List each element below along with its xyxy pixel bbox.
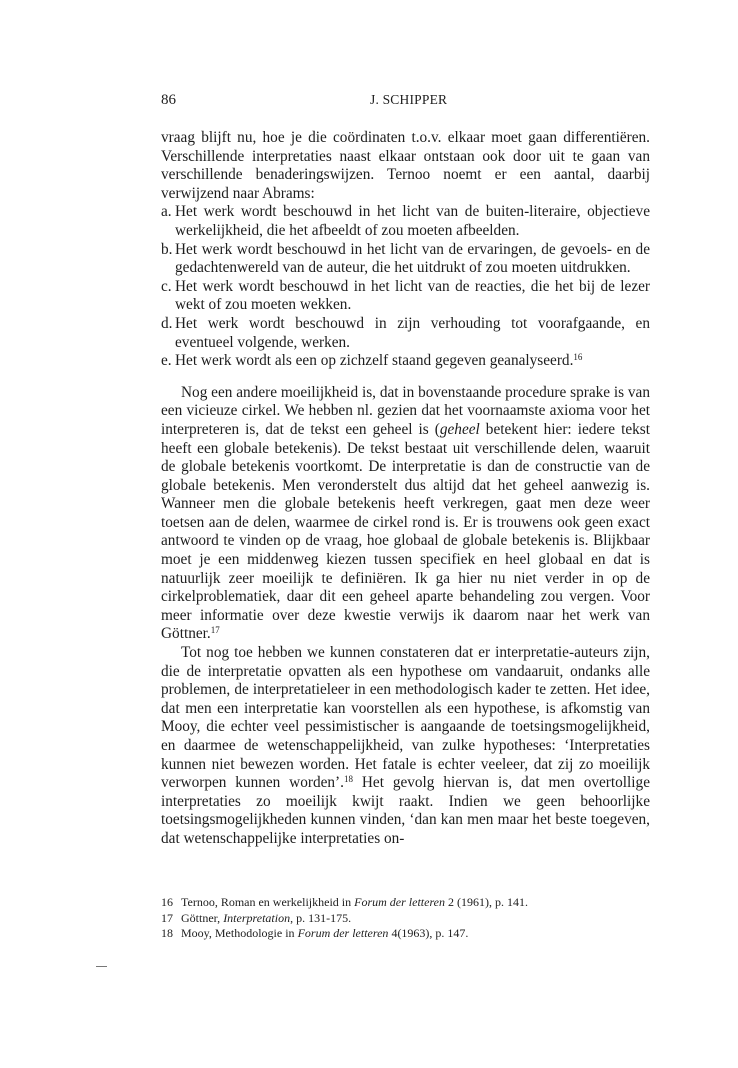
page-number: 86 (161, 92, 176, 109)
list-marker: c. (161, 278, 172, 297)
list-marker: e. (161, 352, 172, 371)
footnote-title: Interpretation (223, 911, 290, 925)
footnotes: 16Ternoo, Roman en werkelijkheid in Foru… (161, 895, 650, 942)
paragraph-text: Tot nog toe hebben we kunnen constateren… (161, 644, 650, 791)
footnote-number: 16 (161, 895, 181, 911)
list-item-text: Het werk wordt beschouwd in het licht va… (175, 278, 650, 314)
body-text: vraag blijft nu, hoe je die coördinaten … (161, 129, 650, 849)
list-marker: b. (161, 241, 172, 260)
emphasis: geheel (440, 421, 480, 438)
footnote-ref: 16 (573, 352, 582, 362)
list-item-text: Het werk wordt beschouwd in het licht va… (175, 241, 650, 277)
footnote: 17Göttner, Interpretation, p. 131-175. (161, 911, 650, 927)
footnote-text: Mooy, Methodologie in (181, 926, 298, 940)
footnote-number: 18 (161, 926, 181, 942)
footnote-text: Göttner, (181, 911, 223, 925)
list-item-text: Het werk wordt beschouwd in het licht va… (175, 203, 650, 239)
footnote-ref: 17 (211, 625, 220, 635)
footnote-title: Forum der letteren (298, 926, 389, 940)
list-item: d.Het werk wordt beschouwd in zijn verho… (161, 315, 650, 352)
list-marker: a. (161, 203, 172, 222)
paragraph-text: betekent hier: iedere tekst heeft een gl… (161, 421, 650, 643)
list-item-text: Het werk wordt als een op zichzelf staan… (175, 352, 573, 369)
footnote-number: 17 (161, 911, 181, 927)
paragraph-circle: Nog een andere moeilijkheid is, dat in b… (161, 384, 650, 644)
list-item-text: Het werk wordt beschouwd in zijn verhoud… (175, 315, 650, 351)
footnote-text: 2 (1961), p. 141. (445, 895, 528, 909)
list-item: c.Het werk wordt beschouwd in het licht … (161, 278, 650, 315)
footnote-ref: 18 (344, 774, 353, 784)
margin-dash-mark (96, 966, 107, 967)
list-item: a.Het werk wordt beschouwd in het licht … (161, 203, 650, 240)
footnote-text: 4(1963), p. 147. (388, 926, 468, 940)
footnote: 16Ternoo, Roman en werkelijkheid in Foru… (161, 895, 650, 911)
footnote-text: Ternoo, Roman en werkelijkheid in (181, 895, 354, 909)
footnote: 18Mooy, Methodologie in Forum der letter… (161, 926, 650, 942)
paragraph-hypothesis: Tot nog toe hebben we kunnen constateren… (161, 644, 650, 849)
approach-list: a.Het werk wordt beschouwd in het licht … (161, 203, 650, 370)
list-item: e.Het werk wordt als een op zichzelf sta… (161, 352, 650, 371)
list-marker: d. (161, 315, 172, 334)
footnote-title: Forum der letteren (354, 895, 445, 909)
list-item: b.Het werk wordt beschouwd in het licht … (161, 241, 650, 278)
intro-paragraph: vraag blijft nu, hoe je die coördinaten … (161, 129, 650, 203)
footnote-text: , p. 131-175. (290, 911, 351, 925)
running-head: J. SCHIPPER (370, 92, 447, 108)
